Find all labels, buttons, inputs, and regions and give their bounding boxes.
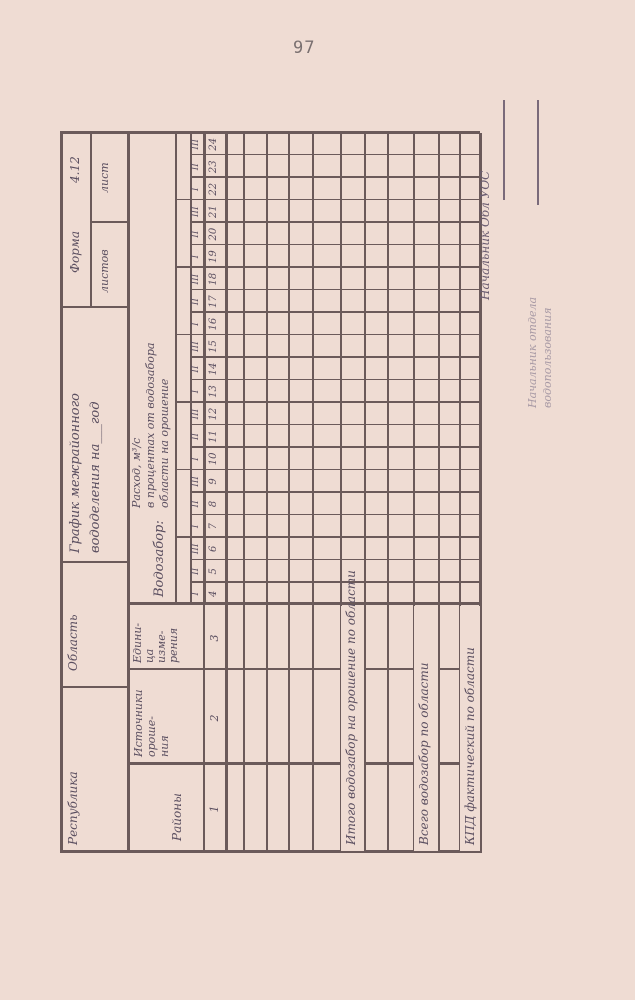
grid-line <box>387 133 389 853</box>
decade-label: III <box>191 200 201 222</box>
form-label: Форма <box>68 231 82 273</box>
grid-line <box>190 311 480 313</box>
column-number: 3 <box>208 628 221 648</box>
title-line2: вододеления на___год <box>88 402 103 554</box>
decade-label: II <box>191 358 201 380</box>
grid-line <box>190 154 480 156</box>
divider <box>60 307 127 309</box>
grid-line <box>243 133 245 853</box>
unit-header: Едини-цаизме-рения <box>132 623 180 663</box>
grid-line <box>190 176 480 178</box>
column-number: 11 <box>208 425 219 447</box>
grid-line <box>190 424 480 426</box>
grid-line <box>190 244 480 246</box>
decade-label: I <box>191 245 201 267</box>
grid-line <box>190 514 480 516</box>
grid-line <box>175 199 480 201</box>
decade-label: III <box>191 538 201 560</box>
decade-label: I <box>191 178 201 200</box>
grid-line <box>175 132 480 134</box>
intake-label: Водозабор: <box>152 520 167 597</box>
column-number: 4 <box>208 583 219 605</box>
grid-line <box>175 536 480 538</box>
decade-label: II <box>191 560 201 582</box>
divider <box>90 222 127 224</box>
column-number: 23 <box>208 155 219 177</box>
summary-row-total-irrigation: Итого водозабор на орошение по области <box>344 570 358 845</box>
grid-line <box>364 133 366 853</box>
column-number: 18 <box>208 268 219 290</box>
decade-label: III <box>191 403 201 425</box>
decade-label: III <box>191 335 201 357</box>
page-number: 97 <box>293 38 315 58</box>
oblast-label: Область <box>66 614 80 671</box>
column-number: 12 <box>208 403 219 425</box>
grid-line <box>175 604 480 606</box>
column-number: 20 <box>208 223 219 245</box>
grid-line <box>190 356 480 358</box>
grid-line <box>190 221 480 223</box>
column-number: 14 <box>208 358 219 380</box>
stamp-line1: Начальник отдела <box>526 297 539 408</box>
grid-line <box>312 133 314 853</box>
republic-label: Республика <box>66 771 80 845</box>
decade-label: III <box>191 470 201 492</box>
decade-label: II <box>191 493 201 515</box>
column-number: 19 <box>208 245 219 267</box>
head-signature-label: Начальник Обл УОС <box>478 171 492 300</box>
decade-label: I <box>191 380 201 402</box>
grid-line <box>288 133 290 853</box>
grid-line <box>175 133 177 605</box>
decade-label: I <box>191 448 201 470</box>
decade-label: I <box>191 515 201 537</box>
grid-line <box>175 266 480 268</box>
decade-label: II <box>191 155 201 177</box>
grid-line <box>190 289 480 291</box>
districts-header: Районы <box>170 793 184 841</box>
column-number: 24 <box>208 133 219 155</box>
grid-line <box>225 133 228 853</box>
decade-label: III <box>191 268 201 290</box>
form-number: 4.12 <box>68 156 82 183</box>
sheets-label: листов <box>98 249 111 293</box>
grid-line <box>175 334 480 336</box>
grid-line <box>203 605 205 853</box>
column-number: 6 <box>208 538 219 560</box>
decade-label: I <box>191 583 201 605</box>
column-number: 5 <box>208 560 219 582</box>
column-number: 22 <box>208 178 219 200</box>
sources-header: Источникиороше-ния <box>132 689 171 757</box>
column-number: 15 <box>208 335 219 357</box>
frame-top <box>60 133 63 853</box>
decade-label: I <box>191 313 201 335</box>
grid-line <box>175 469 480 471</box>
title-line1: График межрайонного <box>68 393 83 553</box>
column-number: 7 <box>208 515 219 537</box>
sheet-label: лист <box>98 162 111 193</box>
grid-line <box>266 133 268 853</box>
divider <box>60 687 127 689</box>
column-number: 1 <box>208 799 221 819</box>
divider <box>60 562 127 564</box>
grid-line <box>175 401 480 403</box>
grid-line <box>190 446 480 448</box>
column-number: 2 <box>208 708 221 728</box>
signature-line <box>537 100 539 205</box>
water-distribution-form: Республика Область График межрайонного в… <box>60 133 480 853</box>
signature-line <box>503 100 505 200</box>
flow-header: Расход, м³/св процентах от водозабораобл… <box>130 343 172 508</box>
grid-line <box>190 379 480 381</box>
decade-label: II <box>191 290 201 312</box>
stamp-line2: водопользования <box>541 307 554 408</box>
column-number: 10 <box>208 448 219 470</box>
column-number: 17 <box>208 290 219 312</box>
decade-label: II <box>191 425 201 447</box>
column-number: 9 <box>208 470 219 492</box>
grid-line <box>190 559 480 561</box>
column-number: 16 <box>208 313 219 335</box>
summary-row-efficiency: КПД фактический по области <box>463 647 477 845</box>
grid-line <box>190 491 480 493</box>
divider <box>90 133 92 308</box>
summary-row-total-all: Всего водозабор по области <box>417 663 431 845</box>
grid-line <box>190 581 480 583</box>
grid-line <box>438 133 440 853</box>
column-number: 13 <box>208 380 219 402</box>
column-number: 8 <box>208 493 219 515</box>
grid-line <box>203 133 206 605</box>
column-number: 21 <box>208 200 219 222</box>
decade-label: II <box>191 223 201 245</box>
decade-label: III <box>191 133 201 155</box>
